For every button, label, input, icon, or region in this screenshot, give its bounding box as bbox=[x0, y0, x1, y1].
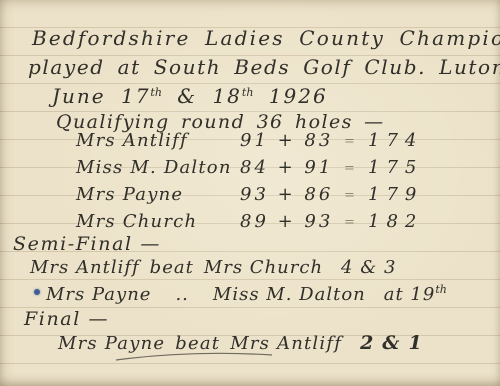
match-loser: Miss M. Dalton bbox=[213, 284, 366, 305]
table-row: Miss M. Dalton 84 + 91 = 175 bbox=[0, 157, 500, 183]
match-verb: beat bbox=[150, 257, 194, 278]
final-match: Mrs PaynebeatMrs Antliff2 & 1 bbox=[58, 332, 423, 354]
player-total: 175 bbox=[368, 157, 423, 178]
date-day2-ordinal: th bbox=[242, 86, 254, 99]
final-heading: Final — bbox=[24, 308, 109, 330]
table-row: Mrs Payne 93 + 86 = 179 bbox=[0, 184, 500, 210]
match-winner: Mrs Payne bbox=[46, 284, 151, 305]
player-name: Miss M. Dalton bbox=[76, 157, 232, 178]
equals-sign: = bbox=[344, 215, 355, 230]
ink-blot bbox=[34, 289, 40, 295]
equals-sign: = bbox=[344, 188, 355, 203]
match-loser: Mrs Antliff bbox=[230, 333, 342, 354]
player-name: Mrs Payne bbox=[76, 184, 183, 205]
semifinal-match-2: Mrs Payne..Miss M. Daltonat 19th bbox=[46, 284, 447, 305]
notebook-page: Bedfordshire Ladies County Championship … bbox=[0, 0, 500, 386]
player-scores: 84 + 91 bbox=[240, 157, 333, 178]
match-score-ordinal: th bbox=[435, 283, 447, 296]
equals-sign: = bbox=[344, 134, 355, 149]
date-day1-ordinal: th bbox=[150, 86, 162, 99]
venue-line: played at South Beds Golf Club. Luton bbox=[28, 55, 500, 79]
match-verb: beat bbox=[175, 333, 220, 354]
match-winner: Mrs Antliff bbox=[30, 257, 140, 278]
match-loser: Mrs Church bbox=[204, 257, 323, 278]
player-scores: 89 + 93 bbox=[240, 211, 333, 232]
player-scores: 93 + 86 bbox=[240, 184, 333, 205]
title-line: Bedfordshire Ladies County Championship bbox=[32, 26, 500, 50]
player-name: Mrs Church bbox=[76, 211, 197, 232]
date-day1: June 17 bbox=[52, 84, 150, 108]
date-day2: & 18 bbox=[162, 84, 242, 108]
match-score: 4 & 3 bbox=[341, 257, 396, 278]
match-score: at 19 bbox=[384, 284, 436, 305]
player-scores: 91 + 83 bbox=[240, 130, 333, 151]
date-line: June 17th & 18th 1926 bbox=[52, 84, 328, 108]
player-name: Mrs Antliff bbox=[76, 130, 188, 151]
semifinal-match-1: Mrs AntliffbeatMrs Church4 & 3 bbox=[30, 257, 396, 278]
player-total: 182 bbox=[368, 211, 423, 232]
semifinal-heading: Semi-Final — bbox=[13, 233, 161, 255]
player-total: 174 bbox=[368, 130, 423, 151]
equals-sign: = bbox=[344, 161, 355, 176]
match-winner: Mrs Payne bbox=[58, 333, 165, 354]
match-score: 2 & 1 bbox=[360, 332, 423, 354]
date-year: 1926 bbox=[253, 84, 327, 108]
ditto-mark: .. bbox=[175, 284, 188, 305]
player-total: 179 bbox=[368, 184, 423, 205]
table-row: Mrs Antliff 91 + 83 = 174 bbox=[0, 130, 500, 156]
